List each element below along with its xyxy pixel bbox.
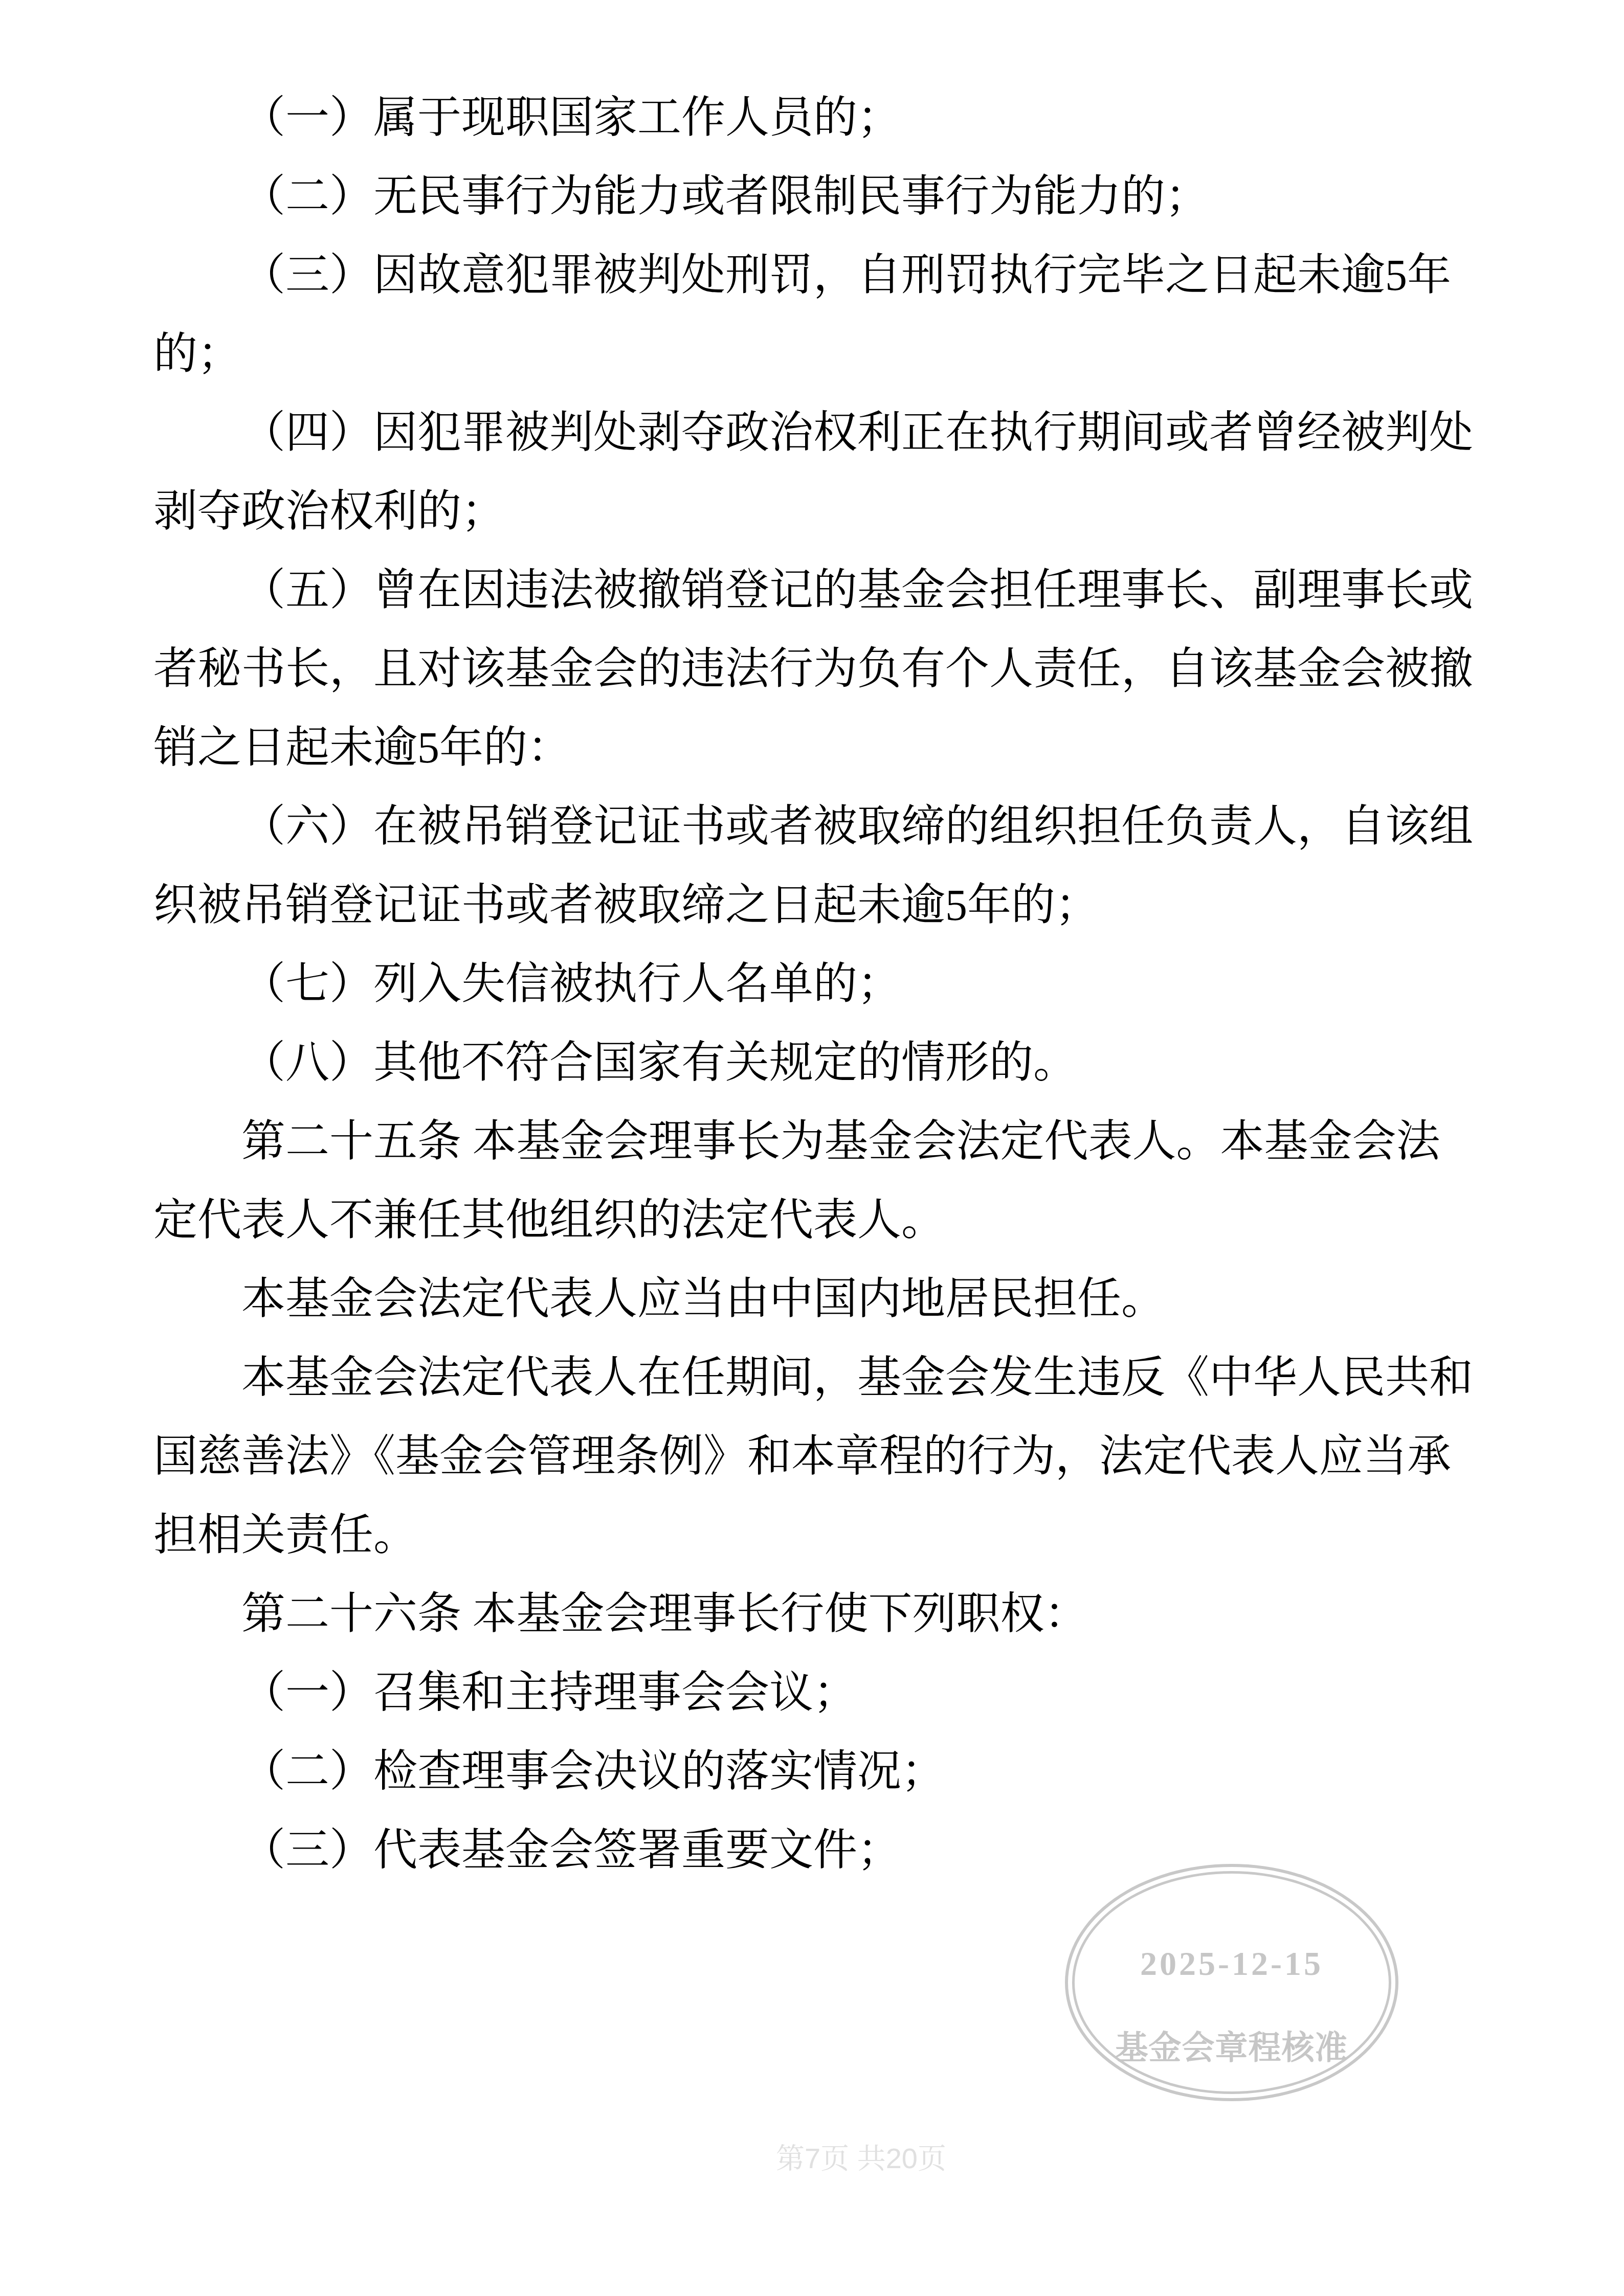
text-line: （七）列入失信被执行人名单的； — [153, 944, 1564, 1023]
text-line: 本基金会法定代表人在任期间，基金会发生违反《中华人民共和 — [153, 1338, 1564, 1417]
stamp-label: 基金会章程核准 — [1065, 2021, 1398, 2068]
text-line: 定代表人不兼任其他组织的法定代表人。 — [153, 1181, 1476, 1259]
text-line: 剥夺政治权利的； — [153, 472, 1476, 551]
text-line: 担相关责任。 — [153, 1496, 1476, 1574]
page-number-footer: 第7页 共20页 — [776, 2143, 946, 2174]
text-line: （三）因故意犯罪被判处刑罚，自刑罚执行完毕之日起未逾5年 — [153, 236, 1564, 314]
approval-stamp: 2025-12-15 基金会章程核准 — [1065, 1864, 1398, 2101]
stamp-date: 2025-12-15 — [1065, 1945, 1398, 1984]
text-line: 本基金会法定代表人应当由中国内地居民担任。 — [153, 1259, 1564, 1338]
text-line: 者秘书长，且对该基金会的违法行为负有个人责任，自该基金会被撤 — [153, 629, 1476, 708]
text-line: 国慈善法》《基金会管理条例》和本章程的行为，法定代表人应当承 — [153, 1417, 1476, 1496]
text-line: （一）属于现职国家工作人员的； — [153, 78, 1564, 157]
text-line: 第二十五条 本基金会理事长为基金会法定代表人。本基金会法 — [153, 1102, 1564, 1181]
text-line: （四）因犯罪被判处剥夺政治权利正在执行期间或者曾经被判处 — [153, 393, 1564, 472]
text-line: （五）曾在因违法被撤销登记的基金会担任理事长、副理事长或 — [153, 551, 1564, 629]
text-line: 的； — [153, 314, 1476, 393]
text-line: （六）在被吊销登记证书或者被取缔的组织担任负责人，自该组 — [153, 787, 1564, 866]
text-line: 织被吊销登记证书或者被取缔之日起未逾5年的； — [153, 866, 1476, 944]
text-line: （一）召集和主持理事会会议； — [153, 1653, 1564, 1732]
text-line: 销之日起未逾5年的： — [153, 708, 1476, 787]
text-line: （八）其他不符合国家有关规定的情形的。 — [153, 1023, 1564, 1102]
document-page: （一）属于现职国家工作人员的；（二）无民事行为能力或者限制民事行为能力的；（三）… — [0, 0, 1624, 2296]
text-line: 第二十六条 本基金会理事长行使下列职权： — [153, 1574, 1564, 1653]
text-line: （二）无民事行为能力或者限制民事行为能力的； — [153, 157, 1564, 236]
text-line: （二）检查理事会决议的落实情况； — [153, 1732, 1564, 1811]
